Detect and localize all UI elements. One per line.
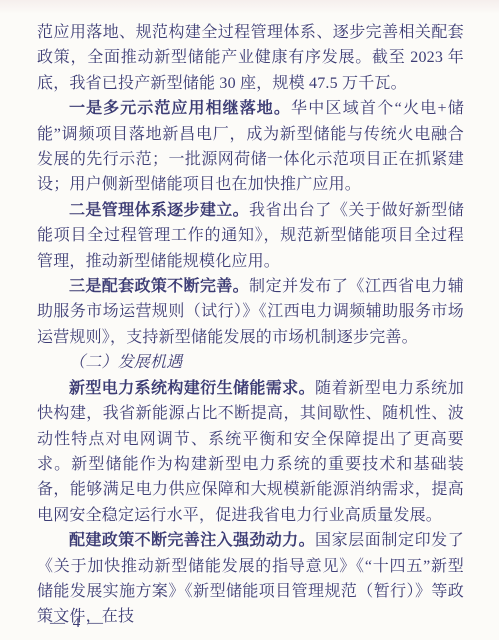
- page-number: — 4 —: [50, 615, 105, 632]
- paragraph-lead-bold: 新型电力系统构建衍生储能需求。: [69, 380, 315, 397]
- paragraph-lead-bold: 配建政策不断完善注入强劲动力。: [69, 532, 315, 549]
- section-heading: （二）发展机遇: [37, 350, 464, 375]
- paragraph-text: 随着新型电力系统加快构建，我省新能源占比不断提高，其间歇性、随机性、波动性特点对…: [37, 380, 464, 524]
- paragraph-point-two: 二是管理体系逐步建立。我省出台了《关于做好新型储能项目全过程管理工作的通知》，规…: [37, 198, 464, 274]
- paragraph-storage-demand: 新型电力系统构建衍生储能需求。随着新型电力系统加快构建，我省新能源占比不断提高，…: [37, 376, 464, 528]
- paragraph-lead-bold: 三是配套政策不断完善。: [69, 278, 249, 295]
- paragraph-lead-bold: 一是多元示范应用相继落地。: [69, 100, 291, 117]
- paragraph-lead-bold: 二是管理体系逐步建立。: [69, 202, 249, 219]
- scanned-document-page: 范应用落地、规范构建全过程管理体系、逐步完善相关配套政策，全面推动新型储能产业健…: [0, 0, 499, 640]
- paragraph-point-one: 一是多元示范应用相继落地。华中区域首个“火电+储能”调频项目落地新昌电厂，成为新…: [37, 96, 464, 198]
- scan-artifact-tint: [0, 0, 499, 14]
- paragraph-point-three: 三是配套政策不断完善。制定并发布了《江西省电力辅助服务市场运营规则（试行）》《江…: [37, 274, 464, 350]
- paragraph-text: 范应用落地、规范构建全过程管理体系、逐步完善相关配套政策，全面推动新型储能产业健…: [37, 24, 464, 92]
- paragraph-continuation: 范应用落地、规范构建全过程管理体系、逐步完善相关配套政策，全面推动新型储能产业健…: [37, 20, 464, 96]
- document-body: 范应用落地、规范构建全过程管理体系、逐步完善相关配套政策，全面推动新型储能产业健…: [37, 20, 464, 630]
